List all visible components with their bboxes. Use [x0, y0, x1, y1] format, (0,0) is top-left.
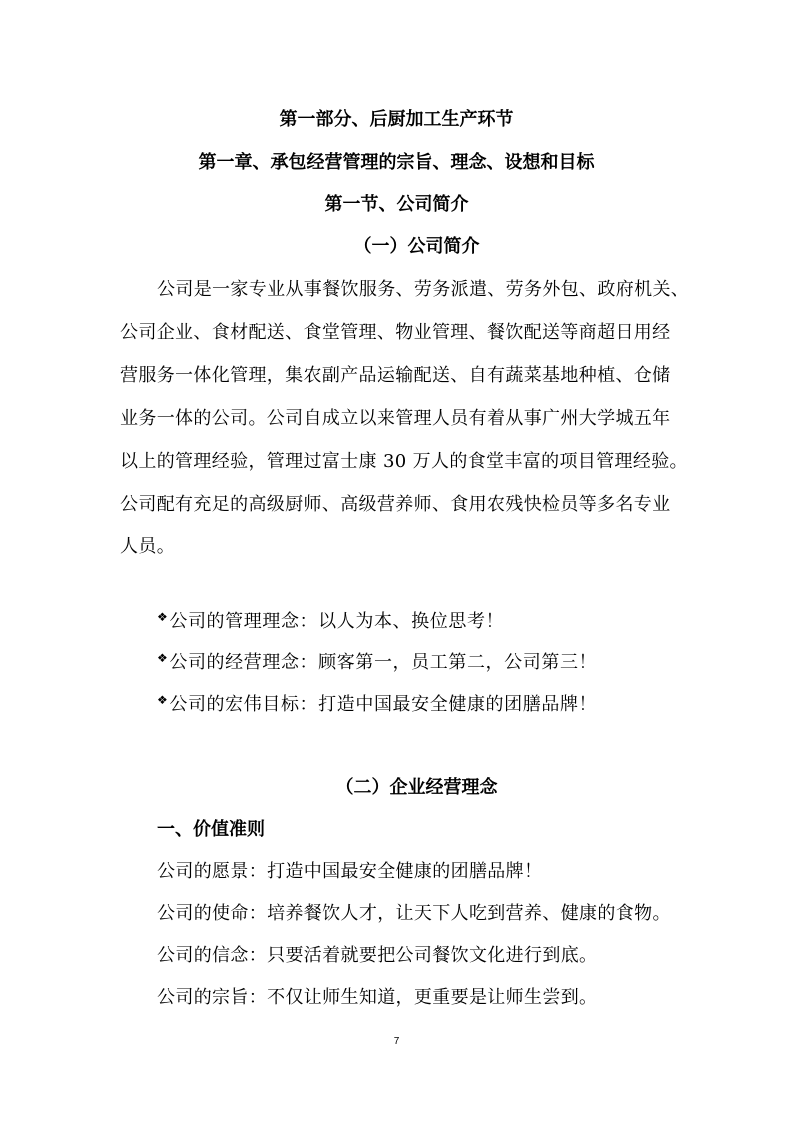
value-principles-heading: 一、价值准则: [157, 815, 265, 841]
value-line-mission: 公司的使命：培养餐饮人才，让天下人吃到营养、健康的食物。: [157, 899, 671, 925]
intro-line: 公司企业、食材配送、食堂管理、物业管理、餐饮配送等商超日用经: [120, 318, 671, 344]
value-line-purpose: 公司的宗旨：不仅让师生知道，更重要是让师生尝到。: [157, 983, 597, 1009]
subsection-heading-business-philosophy: （二）企业经营理念: [20, 773, 793, 799]
bullet-item-management-philosophy: ❖公司的管理理念：以人为本、换位思考！: [157, 607, 504, 633]
intro-line: 人员。: [120, 532, 175, 558]
diamond-bullet-icon: ❖: [157, 610, 168, 624]
chapter-heading: 第一章、承包经营管理的宗旨、理念、设想和目标: [0, 148, 793, 174]
page-number: 7: [0, 1036, 793, 1047]
value-line-belief: 公司的信念：只要活着就要把公司餐饮文化进行到底。: [157, 941, 597, 967]
bullet-item-grand-goal: ❖公司的宏伟目标：打造中国最安全健康的团膳品牌！: [157, 690, 597, 716]
intro-line: 公司配有充足的高级厨师、高级营养师、食用农残快检员等多名专业: [120, 490, 671, 516]
intro-line: 公司是一家专业从事餐饮服务、劳务派遣、劳务外包、政府机关、: [157, 275, 689, 301]
section-heading: 第一节、公司简介: [0, 190, 793, 216]
intro-line: 以上的管理经验，管理过富士康 30 万人的食堂丰富的项目管理经验。: [120, 447, 688, 473]
part-heading: 第一部分、后厨加工生产环节: [0, 105, 793, 131]
subsection-heading-company-intro: （一）公司简介: [20, 232, 793, 258]
intro-line: 营服务一体化管理，集农副产品运输配送、自有蔬菜基地种植、仓储: [120, 361, 671, 387]
diamond-bullet-icon: ❖: [157, 693, 168, 707]
value-line-vision: 公司的愿景：打造中国最安全健康的团膳品牌！: [157, 857, 542, 883]
intro-line: 业务一体的公司。公司自成立以来管理人员有着从事广州大学城五年: [120, 404, 671, 430]
diamond-bullet-icon: ❖: [157, 651, 168, 665]
document-page: 第一部分、后厨加工生产环节 第一章、承包经营管理的宗旨、理念、设想和目标 第一节…: [0, 0, 793, 1122]
bullet-item-business-philosophy: ❖公司的经营理念：顾客第一，员工第二，公司第三！: [157, 648, 597, 674]
